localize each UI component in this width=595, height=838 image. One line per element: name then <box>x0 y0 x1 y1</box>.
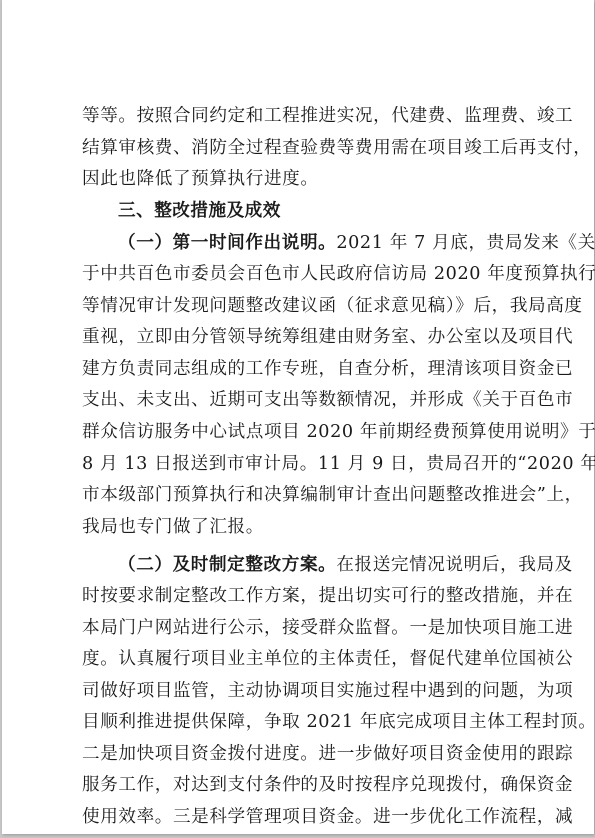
text-line: 支出、未支出、近期可支出等数额情况，并形成《关于百色市 <box>82 385 520 417</box>
text-line: 市本级部门预算执行和决算编制审计查出问题整改推进会”上， <box>82 480 520 512</box>
paragraph-lead-bold: （二）及时制定整改方案。 <box>118 554 336 575</box>
document-page: 等等。按照合同约定和工程推进实况，代建费、监理费、竣工 结算审核费、消防全过程查… <box>2 0 594 834</box>
text-line: 群众信访服务中心试点项目 2020 年前期经费预算使用说明》于 <box>82 417 520 449</box>
text-line: 目顺利推进提供保障，争取 2021 年底完成项目主体工程封顶。 <box>82 707 520 739</box>
text-line: 等情况审计发现问题整改建议函（征求意见稿）》后，我局高度 <box>82 291 520 323</box>
text-line: 司做好项目监管，主动协调项目实施过程中遇到的问题，为项 <box>82 676 520 708</box>
text-line: 我局也专门做了汇报。 <box>82 512 520 544</box>
text-fragment: 在报送完情况说明后，我局及 <box>336 555 573 575</box>
section-heading: 三、整改措施及成效 <box>82 196 520 228</box>
text-line: 时按要求制定整改工作方案，提出切实可行的整改措施，并在 <box>82 581 520 613</box>
paragraph-item-2: （二）及时制定整改方案。在报送完情况说明后，我局及 时按要求制定整改工作方案，提… <box>82 549 520 833</box>
text-line: 因此也降低了预算执行进度。 <box>82 164 520 196</box>
text-line: 于中共百色市委员会百色市人民政府信访局 2020 年度预算执行 <box>82 259 520 291</box>
text-line: 等等。按照合同约定和工程推进实况，代建费、监理费、竣工 <box>82 101 520 133</box>
text-line: 二是加快项目资金拨付进度。进一步做好项目资金使用的跟踪 <box>82 739 520 771</box>
page-number: 3 <box>2 777 594 786</box>
paragraph-item-1: （一）第一时间作出说明。2021 年 7 月底，贵局发来《关 于中共百色市委员会… <box>82 227 520 543</box>
text-fragment: 2021 年 7 月底，贵局发来《关 <box>336 233 595 253</box>
text-line-first: （二）及时制定整改方案。在报送完情况说明后，我局及 <box>82 549 520 581</box>
text-line: 本局门户网站进行公示，接受群众监督。一是加快项目施工进 <box>82 613 520 645</box>
text-line-first: （一）第一时间作出说明。2021 年 7 月底，贵局发来《关 <box>82 227 520 259</box>
text-line: 重视，立即由分管领导统筹组建由财务室、办公室以及项目代 <box>82 322 520 354</box>
text-line: 结算审核费、消防全过程查验费等费用需在项目竣工后再支付， <box>82 133 520 165</box>
text-line: 服务工作，对达到支付条件的及时按程序兑现拨付，确保资金 <box>82 770 520 802</box>
text-line: 8 月 13 日报送到市审计局。11 月 9 日，贵局召开的“2020 年度 <box>82 449 520 481</box>
section-heading-text: 三、整改措施及成效 <box>82 196 520 228</box>
paragraph-lead-bold: （一）第一时间作出说明。 <box>118 232 336 253</box>
document-body: 等等。按照合同约定和工程推进实况，代建费、监理费、竣工 结算审核费、消防全过程查… <box>82 101 520 834</box>
text-line: 度。认真履行项目业主单位的主体责任，督促代建单位国祯公 <box>82 644 520 676</box>
text-line: 使用效率。三是科学管理项目资金。进一步优化工作流程，减 <box>82 802 520 834</box>
paragraph-continuation: 等等。按照合同约定和工程推进实况，代建费、监理费、竣工 结算审核费、消防全过程查… <box>82 101 520 196</box>
text-line: 建方负责同志组成的工作专班，自查分析，理清该项目资金已 <box>82 354 520 386</box>
